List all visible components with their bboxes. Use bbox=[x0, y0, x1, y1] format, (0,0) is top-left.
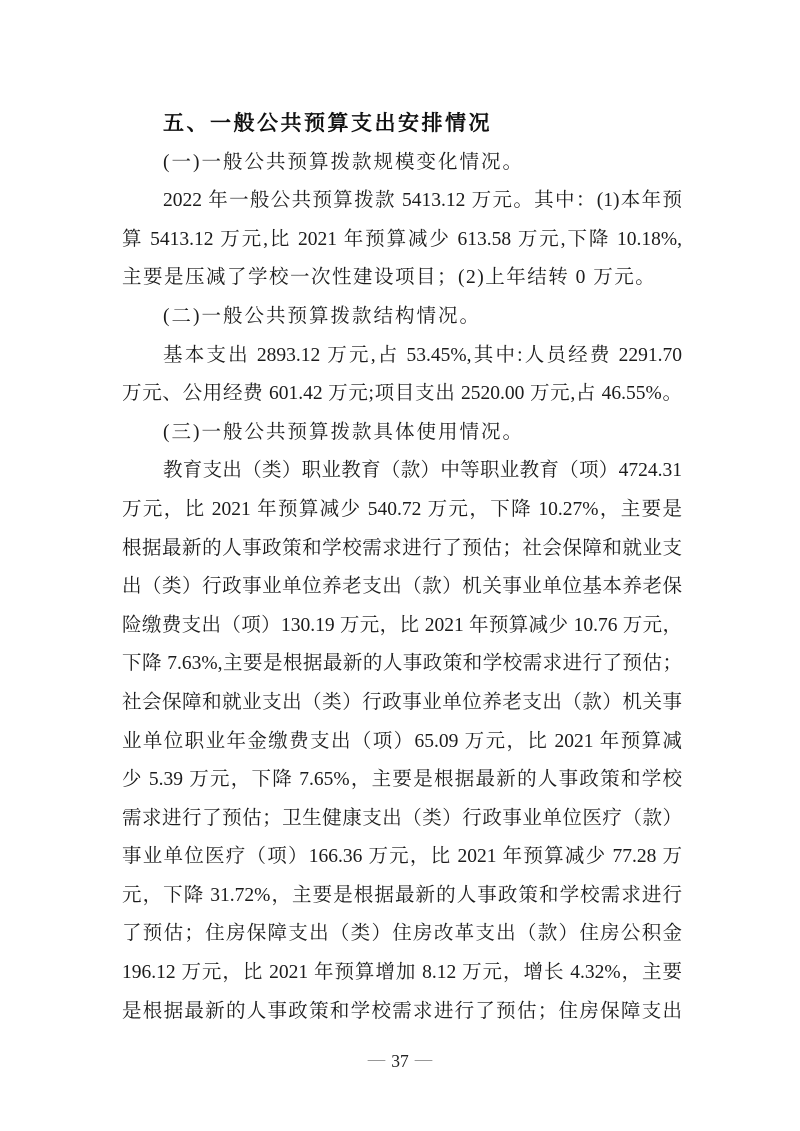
text-line: 业单位职业年金缴费支出（项）65.09 万元，比 2021 年预算减 bbox=[122, 723, 682, 762]
footer-dash-left: — bbox=[368, 1049, 386, 1069]
text-line: 教育支出（类）职业教育（款）中等职业教育（项）4724.31 bbox=[122, 452, 682, 491]
text-line: 基本支出 2893.12 万元,占 53.45%,其中:人员经费 2291.70 bbox=[122, 337, 682, 376]
text-line: 是根据最新的人事政策和学校需求进行了预估；住房保障支出 bbox=[122, 993, 682, 1032]
page-number: 37 bbox=[391, 1051, 409, 1071]
sub-heading: (一)一般公共预算拨款规模变化情况。 bbox=[122, 144, 682, 183]
sub-heading: (二)一般公共预算拨款结构情况。 bbox=[122, 298, 682, 337]
text-line: 需求进行了预估；卫生健康支出（类）行政事业单位医疗（款） bbox=[122, 800, 682, 839]
text-line: 2022 年一般公共预算拨款 5413.12 万元。其中：(1)本年预 bbox=[122, 182, 682, 221]
text-line: 社会保障和就业支出（类）行政事业单位养老支出（款）机关事 bbox=[122, 684, 682, 723]
text-line: 出（类）行政事业单位养老支出（款）机关事业单位基本养老保 bbox=[122, 568, 682, 607]
text-line: 了预估；住房保障支出（类）住房改革支出（款）住房公积金（项） bbox=[122, 915, 682, 954]
text-line: 万元、公用经费 601.42 万元;项目支出 2520.00 万元,占 46.5… bbox=[122, 375, 682, 414]
text-line: 少 5.39 万元，下降 7.65%，主要是根据最新的人事政策和学校 bbox=[122, 761, 682, 800]
text-line: 根据最新的人事政策和学校需求进行了预估；社会保障和就业支 bbox=[122, 530, 682, 569]
text-line: 元，下降 31.72%，主要是根据最新的人事政策和学校需求进行 bbox=[122, 877, 682, 916]
text-line: 万元，比 2021 年预算减少 540.72 万元，下降 10.27%，主要是 bbox=[122, 491, 682, 530]
text-line: 196.12 万元，比 2021 年预算增加 8.12 万元，增长 4.32%，… bbox=[122, 954, 682, 993]
document-body: 五、一般公共预算支出安排情况(一)一般公共预算拨款规模变化情况。2022 年一般… bbox=[122, 105, 682, 1031]
footer-dash-right: — bbox=[415, 1049, 433, 1069]
page-footer: —37— bbox=[0, 1048, 800, 1074]
sub-heading: (三)一般公共预算拨款具体使用情况。 bbox=[122, 414, 682, 453]
text-line: 险缴费支出（项）130.19 万元，比 2021 年预算减少 10.76 万元， bbox=[122, 607, 682, 646]
text-line: 算 5413.12 万元,比 2021 年预算减少 613.58 万元,下降 1… bbox=[122, 221, 682, 260]
document-page: 五、一般公共预算支出安排情况(一)一般公共预算拨款规模变化情况。2022 年一般… bbox=[0, 0, 800, 1131]
text-line: 主要是压减了学校一次性建设项目；(2)上年结转 0 万元。 bbox=[122, 259, 682, 298]
text-line: 事业单位医疗（项）166.36 万元，比 2021 年预算减少 77.28 万 bbox=[122, 838, 682, 877]
section-heading: 五、一般公共预算支出安排情况 bbox=[122, 105, 682, 144]
text-line: 下降 7.63%,主要是根据最新的人事政策和学校需求进行了预估； bbox=[122, 645, 682, 684]
